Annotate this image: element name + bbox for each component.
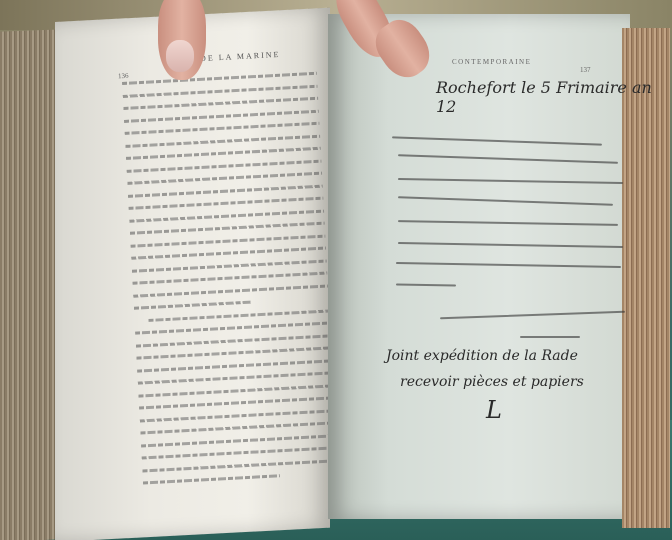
- photo-scene: 136 DE LA MARINE CONTEMPORAINE 137 Roche…: [0, 0, 672, 540]
- thumbnail: [166, 40, 194, 72]
- thumb: [158, 0, 206, 80]
- handwritten-date-line: Rochefort le 5 Frimaire an 12: [436, 78, 666, 116]
- handwritten-closing-line-2: recevoir pièces et papiers: [400, 374, 630, 390]
- left-page-number: 136: [118, 72, 129, 81]
- handwritten-closing-line-1: Joint expédition de la Rade: [386, 348, 616, 364]
- right-page-number: 137: [580, 66, 591, 74]
- printed-text-block: [122, 72, 338, 494]
- right-running-header: CONTEMPORAINE: [452, 58, 531, 66]
- handwritten-signature: L: [486, 396, 672, 424]
